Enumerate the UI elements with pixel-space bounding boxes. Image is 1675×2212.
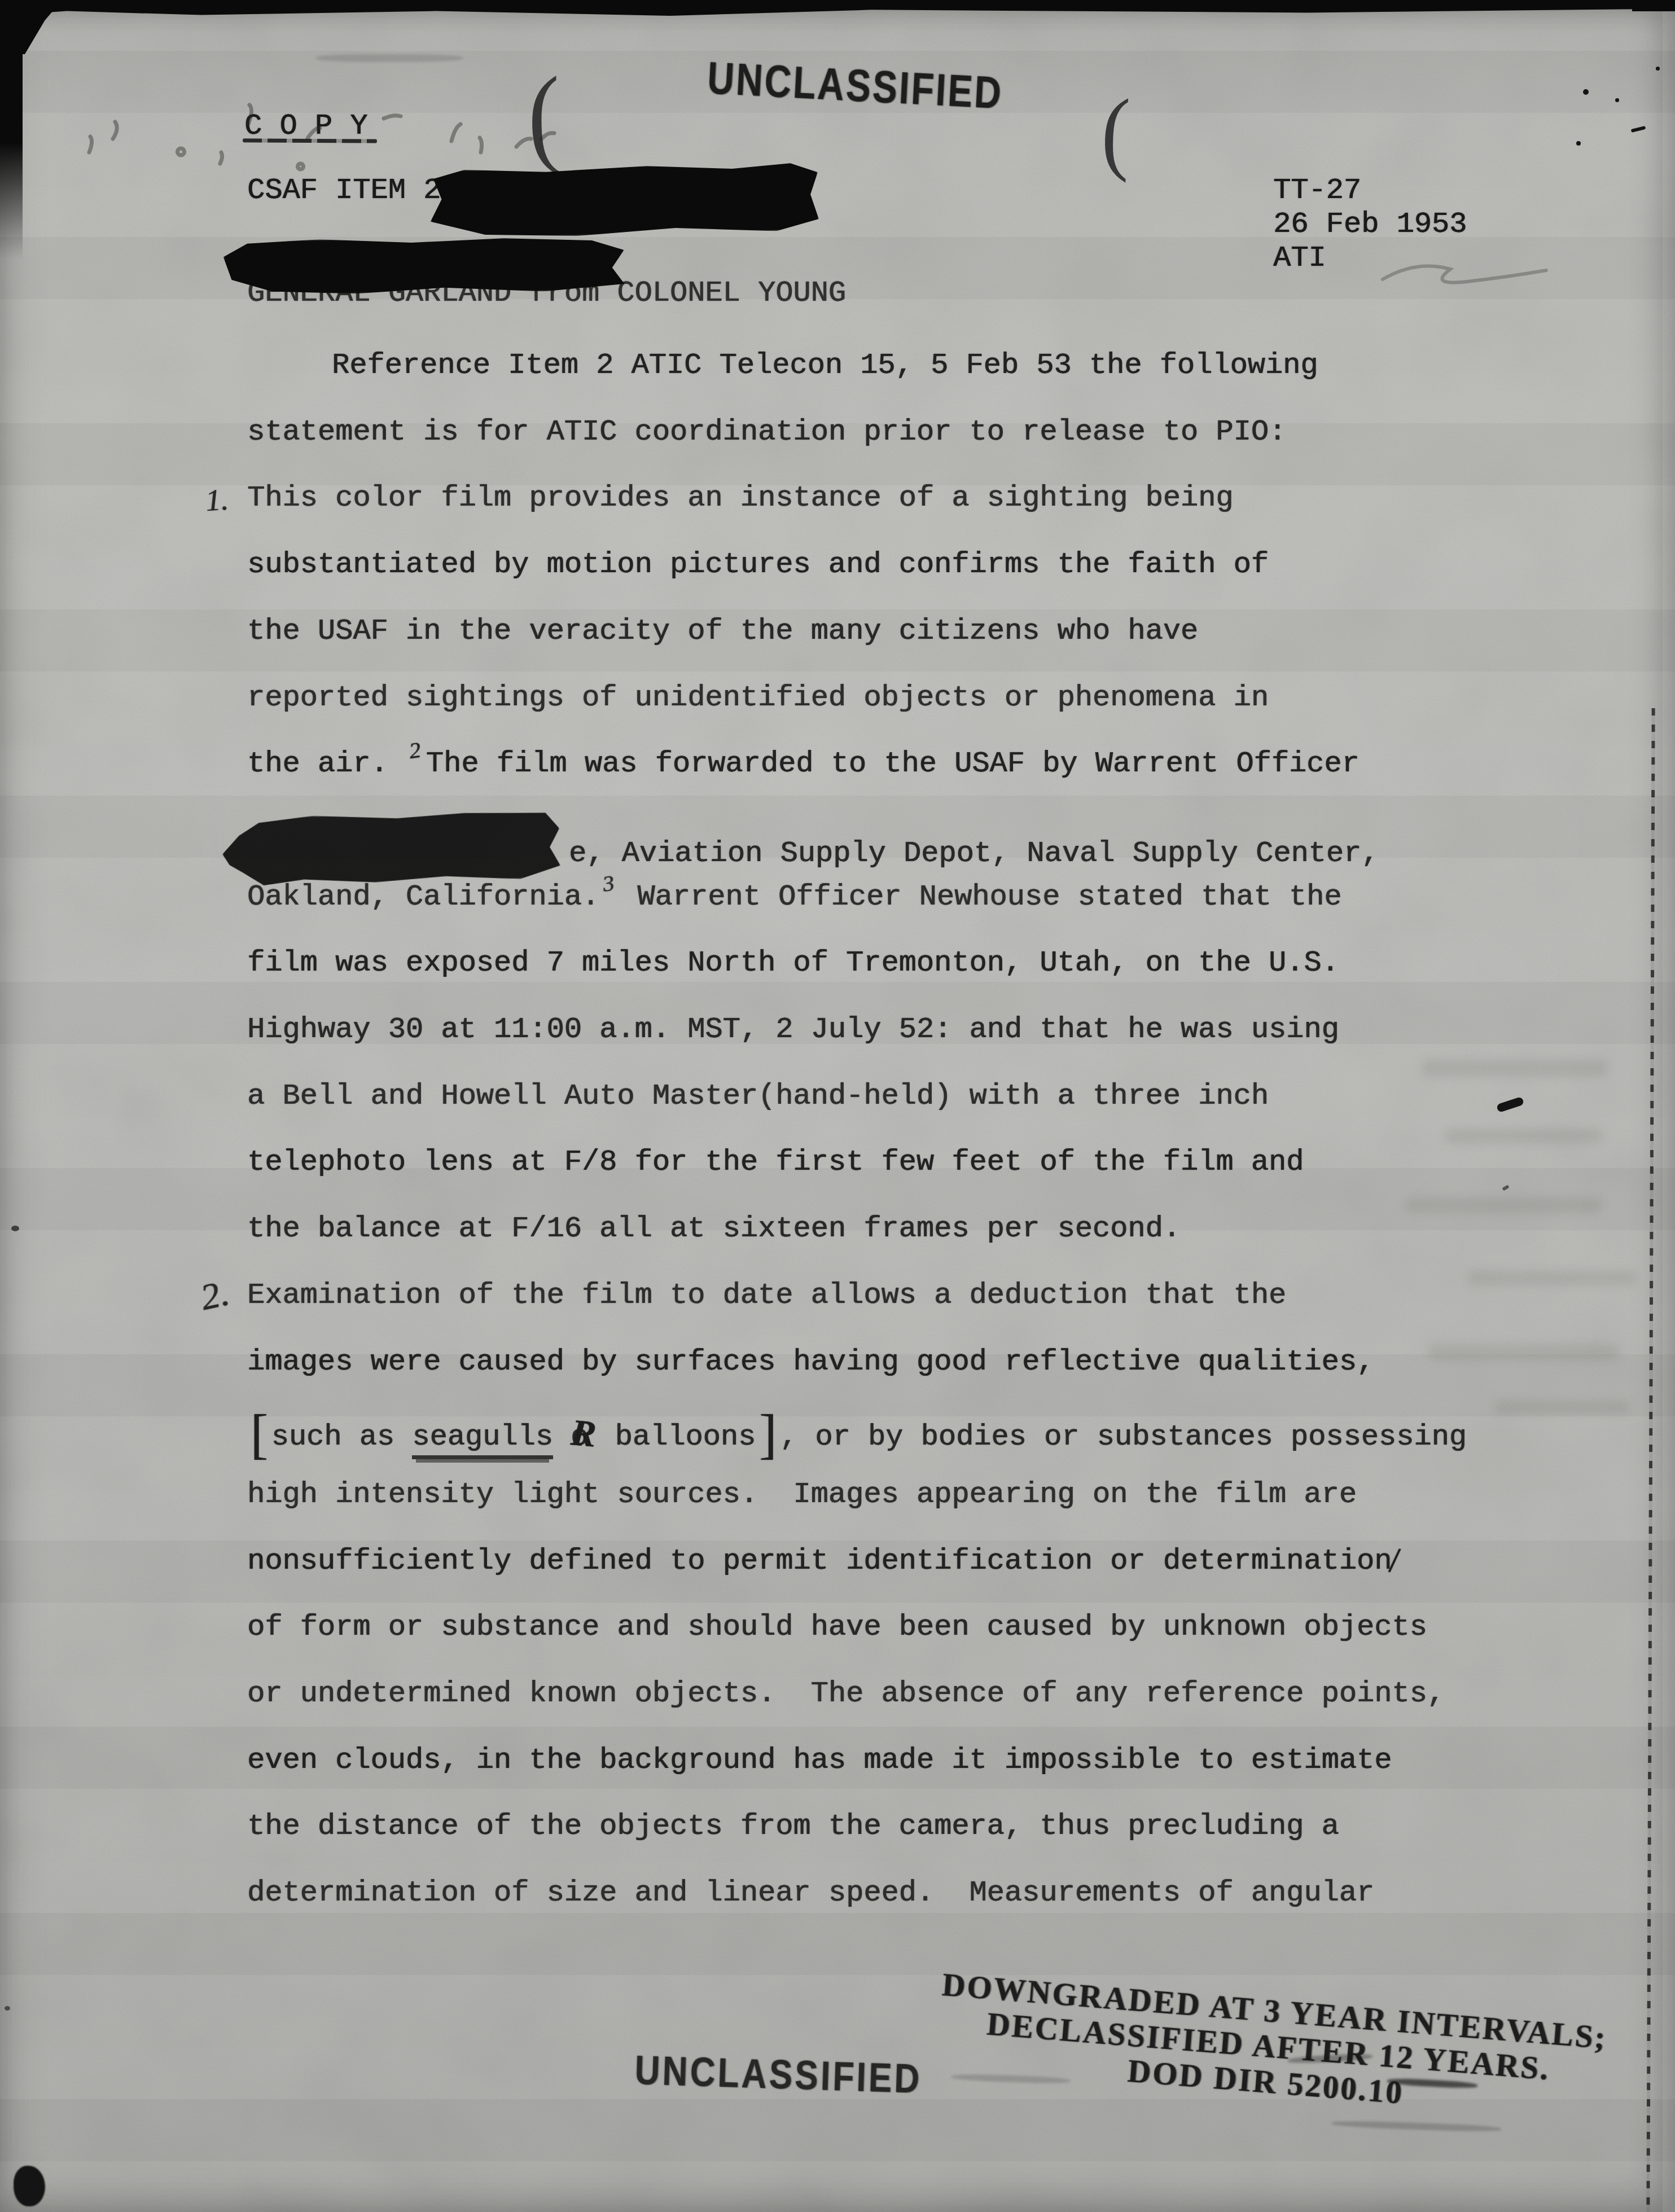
bleed-through [1428, 1344, 1620, 1360]
unclassified-stamp-top: UNCLASSIFIED [706, 52, 1004, 119]
typed-text: , or by bodies or substances possessing [780, 1420, 1467, 1454]
redaction-bar [223, 236, 624, 296]
typed-text: of form or substance and should have bee… [247, 1610, 1427, 1644]
typed-text: reported sightings of unidentified objec… [247, 681, 1269, 714]
document-page: UNCLASSIFIED ( ( C O P Y CSAF ITEM 2/ TT… [0, 0, 1675, 2212]
typed-text: telephoto lens at F/8 for the first few … [247, 1145, 1304, 1179]
underlined-word: seagulls [412, 1420, 553, 1459]
redaction-bar [429, 161, 819, 240]
body-line: e, Aviation Supply Depot, Naval Supply C… [247, 814, 1379, 880]
ink-speck [1631, 126, 1646, 133]
typed-text: The film was forwarded to the USAF by Wa… [426, 747, 1360, 780]
downgrade-stamp: DOWNGRADED AT 3 YEAR INTERVALS; DECLASSI… [935, 1967, 1602, 2126]
typed-text: such as [271, 1420, 413, 1454]
typed-text: This color film provides an instance of … [247, 481, 1233, 515]
body-line: Reference Item 2 ATIC Telecon 15, 5 Feb … [247, 349, 1318, 415]
body-line: nonsufficiently defined to permit identi… [247, 1544, 1400, 1611]
ink-speck [1656, 67, 1660, 71]
stray-paren-mark: ( [1100, 85, 1131, 179]
handwritten-correction: R [569, 1411, 598, 1456]
typed-text: high intensity light sources. Images app… [247, 1478, 1357, 1511]
typed-text: the air. [247, 747, 406, 780]
bleed-through [1422, 1060, 1608, 1077]
body-line: film was exposed 7 miles North of Tremon… [247, 946, 1339, 1013]
typed-text: balloons [597, 1420, 756, 1454]
body-line: reported sightings of unidentified objec… [247, 681, 1269, 748]
ink-speck [1576, 141, 1581, 146]
ink-speck [11, 1226, 19, 1231]
unclassified-stamp-bottom: UNCLASSIFIED [634, 2047, 922, 2103]
reference-date: 26 Feb 1953 [1273, 208, 1467, 242]
ink-speck [1583, 89, 1589, 95]
typed-text: nonsufficiently defined to permit identi… [247, 1544, 1392, 1578]
typed-text: the balance at F/16 all at sixteen frame… [247, 1212, 1181, 1245]
body-line: or undetermined known objects. The absen… [247, 1677, 1445, 1744]
body-line: 2.Examination of the film to date allows… [247, 1279, 1286, 1345]
typed-text: even clouds, in the background has made … [247, 1744, 1392, 1777]
typed-text: the USAF in the veracity of the many cit… [247, 615, 1198, 648]
scan-edge-nub [1632, 0, 1675, 11]
body-line: even clouds, in the background has made … [247, 1744, 1392, 1810]
scan-edge-left [0, 0, 23, 260]
typed-text: statement is for ATIC coordination prior… [247, 415, 1286, 449]
typed-text: determination of size and linear speed. … [247, 1876, 1374, 1910]
body-line: determination of size and linear speed. … [247, 1876, 1374, 1943]
typed-text: the distance of the objects from the cam… [247, 1810, 1339, 1843]
body-line: [such as seagulls oR balloons], or by bo… [247, 1411, 1467, 1478]
body-line: the USAF in the veracity of the many cit… [247, 615, 1198, 681]
body-line: of form or substance and should have bee… [247, 1610, 1427, 1677]
ink-speck [5, 2006, 10, 2011]
bleed-through [1445, 1129, 1603, 1143]
bleed-through [1405, 1197, 1603, 1213]
typed-text: e, Aviation Supply Depot, Naval Supply C… [569, 837, 1379, 870]
body-line: Highway 30 at 11:00 a.m. MST, 2 July 52:… [247, 1013, 1339, 1079]
handwritten-slash: / [1389, 1560, 1400, 1561]
body-line: a Bell and Howell Auto Master(hand-held)… [247, 1079, 1269, 1146]
body-line: the balance at F/16 all at sixteen frame… [247, 1212, 1181, 1279]
pencil-swirl [1377, 248, 1558, 299]
pencil-scribble [79, 85, 587, 175]
typed-text: Reference Item 2 ATIC Telecon 15, 5 Feb … [332, 349, 1318, 382]
body-line: images were caused by surfaces having go… [247, 1345, 1374, 1412]
typed-text: images were caused by surfaces having go… [247, 1345, 1374, 1379]
scan-right-strip [1663, 0, 1675, 2212]
bleed-through [1467, 1271, 1637, 1285]
scan-edge-top [0, 0, 1675, 16]
body-line: the air. 2The film was forwarded to the … [247, 747, 1360, 814]
smudge-mark [1332, 2120, 1501, 2132]
stray-paren-mark: ( [526, 60, 562, 172]
ink-speck [1615, 98, 1619, 102]
reference-id: TT-27 [1273, 174, 1467, 208]
paragraph-number: 1. [204, 482, 230, 519]
ink-blob [14, 2166, 45, 2206]
typed-text: substantiated by motion pictures and con… [247, 548, 1269, 581]
bleed-through [1494, 1401, 1630, 1414]
typed-text: or undetermined known objects. The absen… [247, 1677, 1445, 1710]
typed-text: Oakland, California. [247, 880, 599, 914]
body-line: statement is for ATIC coordination prior… [247, 415, 1286, 482]
redaction-bar [221, 809, 560, 888]
typed-text: Warrent Officer Newhouse stated that the [620, 880, 1341, 914]
body-line: high intensity light sources. Images app… [247, 1478, 1357, 1544]
body-line: substantiated by motion pictures and con… [247, 548, 1269, 615]
paper-edge-dotted-line [1646, 708, 1655, 2212]
body-line: Oakland, California.3 Warrent Officer Ne… [247, 880, 1342, 947]
typed-text: Highway 30 at 11:00 a.m. MST, 2 July 52:… [247, 1013, 1339, 1046]
ink-speck [1496, 1096, 1524, 1113]
paragraph-number: 2. [197, 1272, 233, 1320]
typed-text: film was exposed 7 miles North of Tremon… [247, 946, 1339, 980]
body-line: telephoto lens at F/8 for the first few … [247, 1145, 1304, 1212]
body-line: the distance of the objects from the cam… [247, 1810, 1339, 1876]
typed-text: Examination of the film to date allows a… [247, 1279, 1286, 1312]
csaf-item-line: CSAF ITEM 2/ [247, 174, 458, 207]
smudge-mark [316, 54, 463, 62]
ink-speck [1502, 1184, 1509, 1191]
body-line: 1.This color film provides an instance o… [247, 481, 1233, 548]
typed-text: a Bell and Howell Auto Master(hand-held)… [247, 1079, 1269, 1113]
